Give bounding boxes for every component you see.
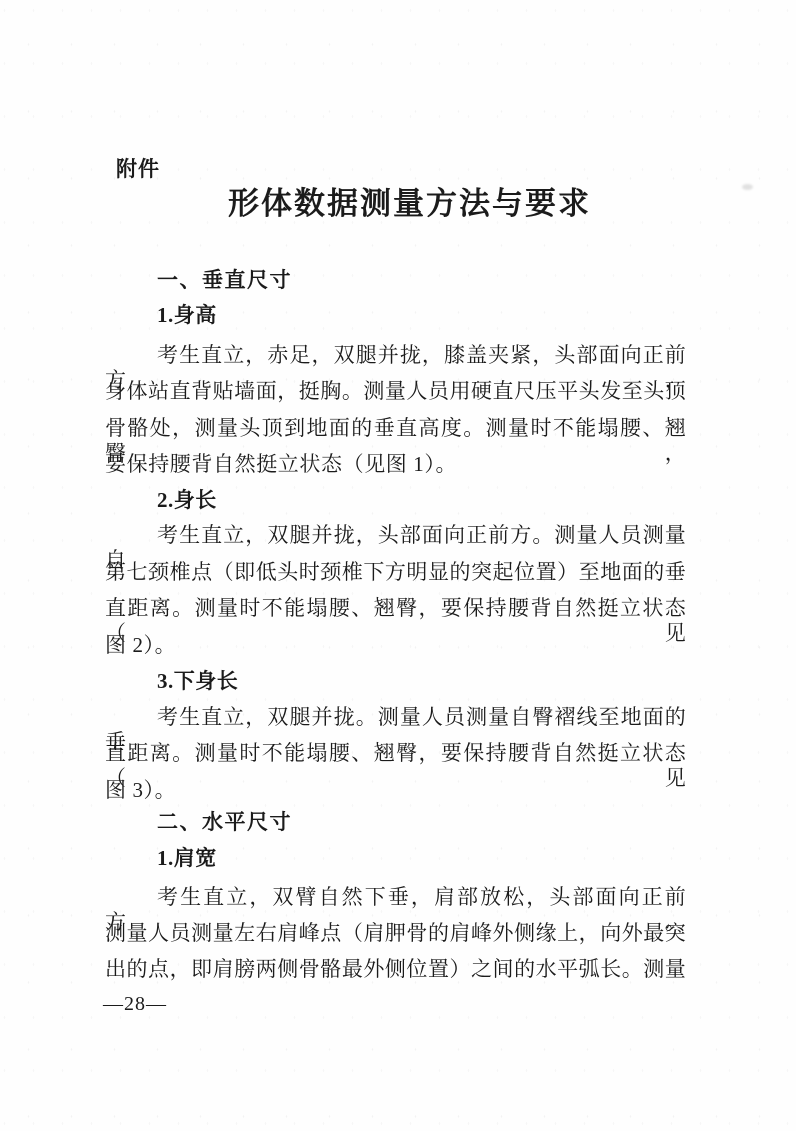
body-text-line: 要保持腰背自然挺立状态（见图 1）。	[105, 452, 686, 477]
subsection-heading-lower-body-length: 3.下身长	[157, 669, 738, 694]
body-text-line: 出的点，即肩膀两侧骨骼最外侧位置）之间的水平弧长。测量	[105, 957, 686, 982]
body-text-line: 图 3）。	[105, 778, 686, 803]
body-text-line: 测量人员测量左右肩峰点（肩胛骨的肩峰外侧缘上，向外最突	[105, 921, 686, 946]
subsection-heading-shoulder-width: 1.肩宽	[157, 846, 738, 871]
document-content: 附件 形体数据测量方法与要求 一、垂直尺寸 1.身高 考生直立，赤足，双腿并拢，…	[105, 0, 686, 1131]
body-text-line: 图 2）。	[105, 633, 686, 658]
body-text-line: 第七颈椎点（即低头时颈椎下方明显的突起位置）至地面的垂	[105, 560, 686, 585]
section-heading-vertical-dimensions: 一、垂直尺寸	[157, 269, 738, 294]
section-heading-horizontal-dimensions: 二、水平尺寸	[157, 811, 738, 836]
attachment-label: 附件	[116, 158, 697, 183]
body-text-line: 身体站直背贴墙面，挺胸。测量人员用硬直尺压平头发至头顶	[105, 379, 686, 404]
document-page: 附件 形体数据测量方法与要求 一、垂直尺寸 1.身高 考生直立，赤足，双腿并拢，…	[0, 0, 796, 1131]
subsection-heading-height: 1.身高	[157, 303, 738, 328]
subsection-heading-body-length: 2.身长	[157, 488, 738, 513]
page-number: —28—	[103, 993, 684, 1017]
document-title: 形体数据测量方法与要求	[105, 186, 700, 223]
scan-artifact-speck	[742, 184, 753, 190]
